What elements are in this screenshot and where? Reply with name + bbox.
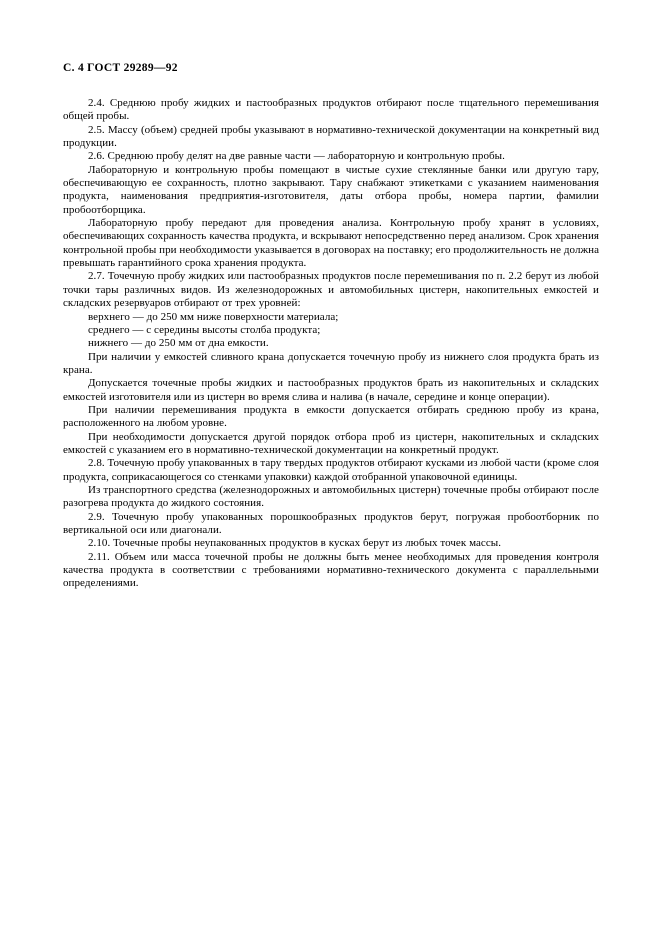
page-header: С. 4 ГОСТ 29289—92 [63,61,599,75]
paragraph: При наличии у емкостей сливного крана до… [63,351,599,378]
paragraph-2-7: 2.7. Точечную пробу жидких или пастообра… [63,270,599,310]
paragraph-2-4: 2.4. Среднюю пробу жидких и пастообразны… [63,97,599,124]
paragraph: Лабораторную пробу передают для проведен… [63,217,599,270]
list-line-lower: нижнего — до 250 мм от дна емкости. [63,337,599,350]
paragraph: При наличии перемешивания продукта в емк… [63,404,599,431]
paragraph-2-11: 2.11. Объем или масса точечной пробы не … [63,551,599,591]
paragraph-2-5: 2.5. Массу (объем) средней пробы указыва… [63,124,599,151]
paragraph-2-10: 2.10. Точечные пробы неупакованных проду… [63,537,599,550]
paragraph-2-6: 2.6. Среднюю пробу делят на две равные ч… [63,150,599,163]
list-line-upper: верхнего — до 250 мм ниже поверхности ма… [63,311,599,324]
paragraph-2-9: 2.9. Точечную пробу упакованных порошкоо… [63,511,599,538]
document-page: С. 4 ГОСТ 29289—92 2.4. Среднюю пробу жи… [0,0,661,936]
paragraph-2-8: 2.8. Точечную пробу упакованных в тару т… [63,457,599,484]
document-body: 2.4. Среднюю пробу жидких и пастообразны… [63,97,599,591]
paragraph: Лабораторную и контрольную пробы помещаю… [63,164,599,217]
paragraph: Допускается точечные пробы жидких и паст… [63,377,599,404]
paragraph: Из транспортного средства (железнодорожн… [63,484,599,511]
text-block: С. 4 ГОСТ 29289—92 2.4. Среднюю пробу жи… [63,61,599,591]
list-line-middle: среднего — с середины высоты столба прод… [63,324,599,337]
paragraph: При необходимости допускается другой пор… [63,431,599,458]
